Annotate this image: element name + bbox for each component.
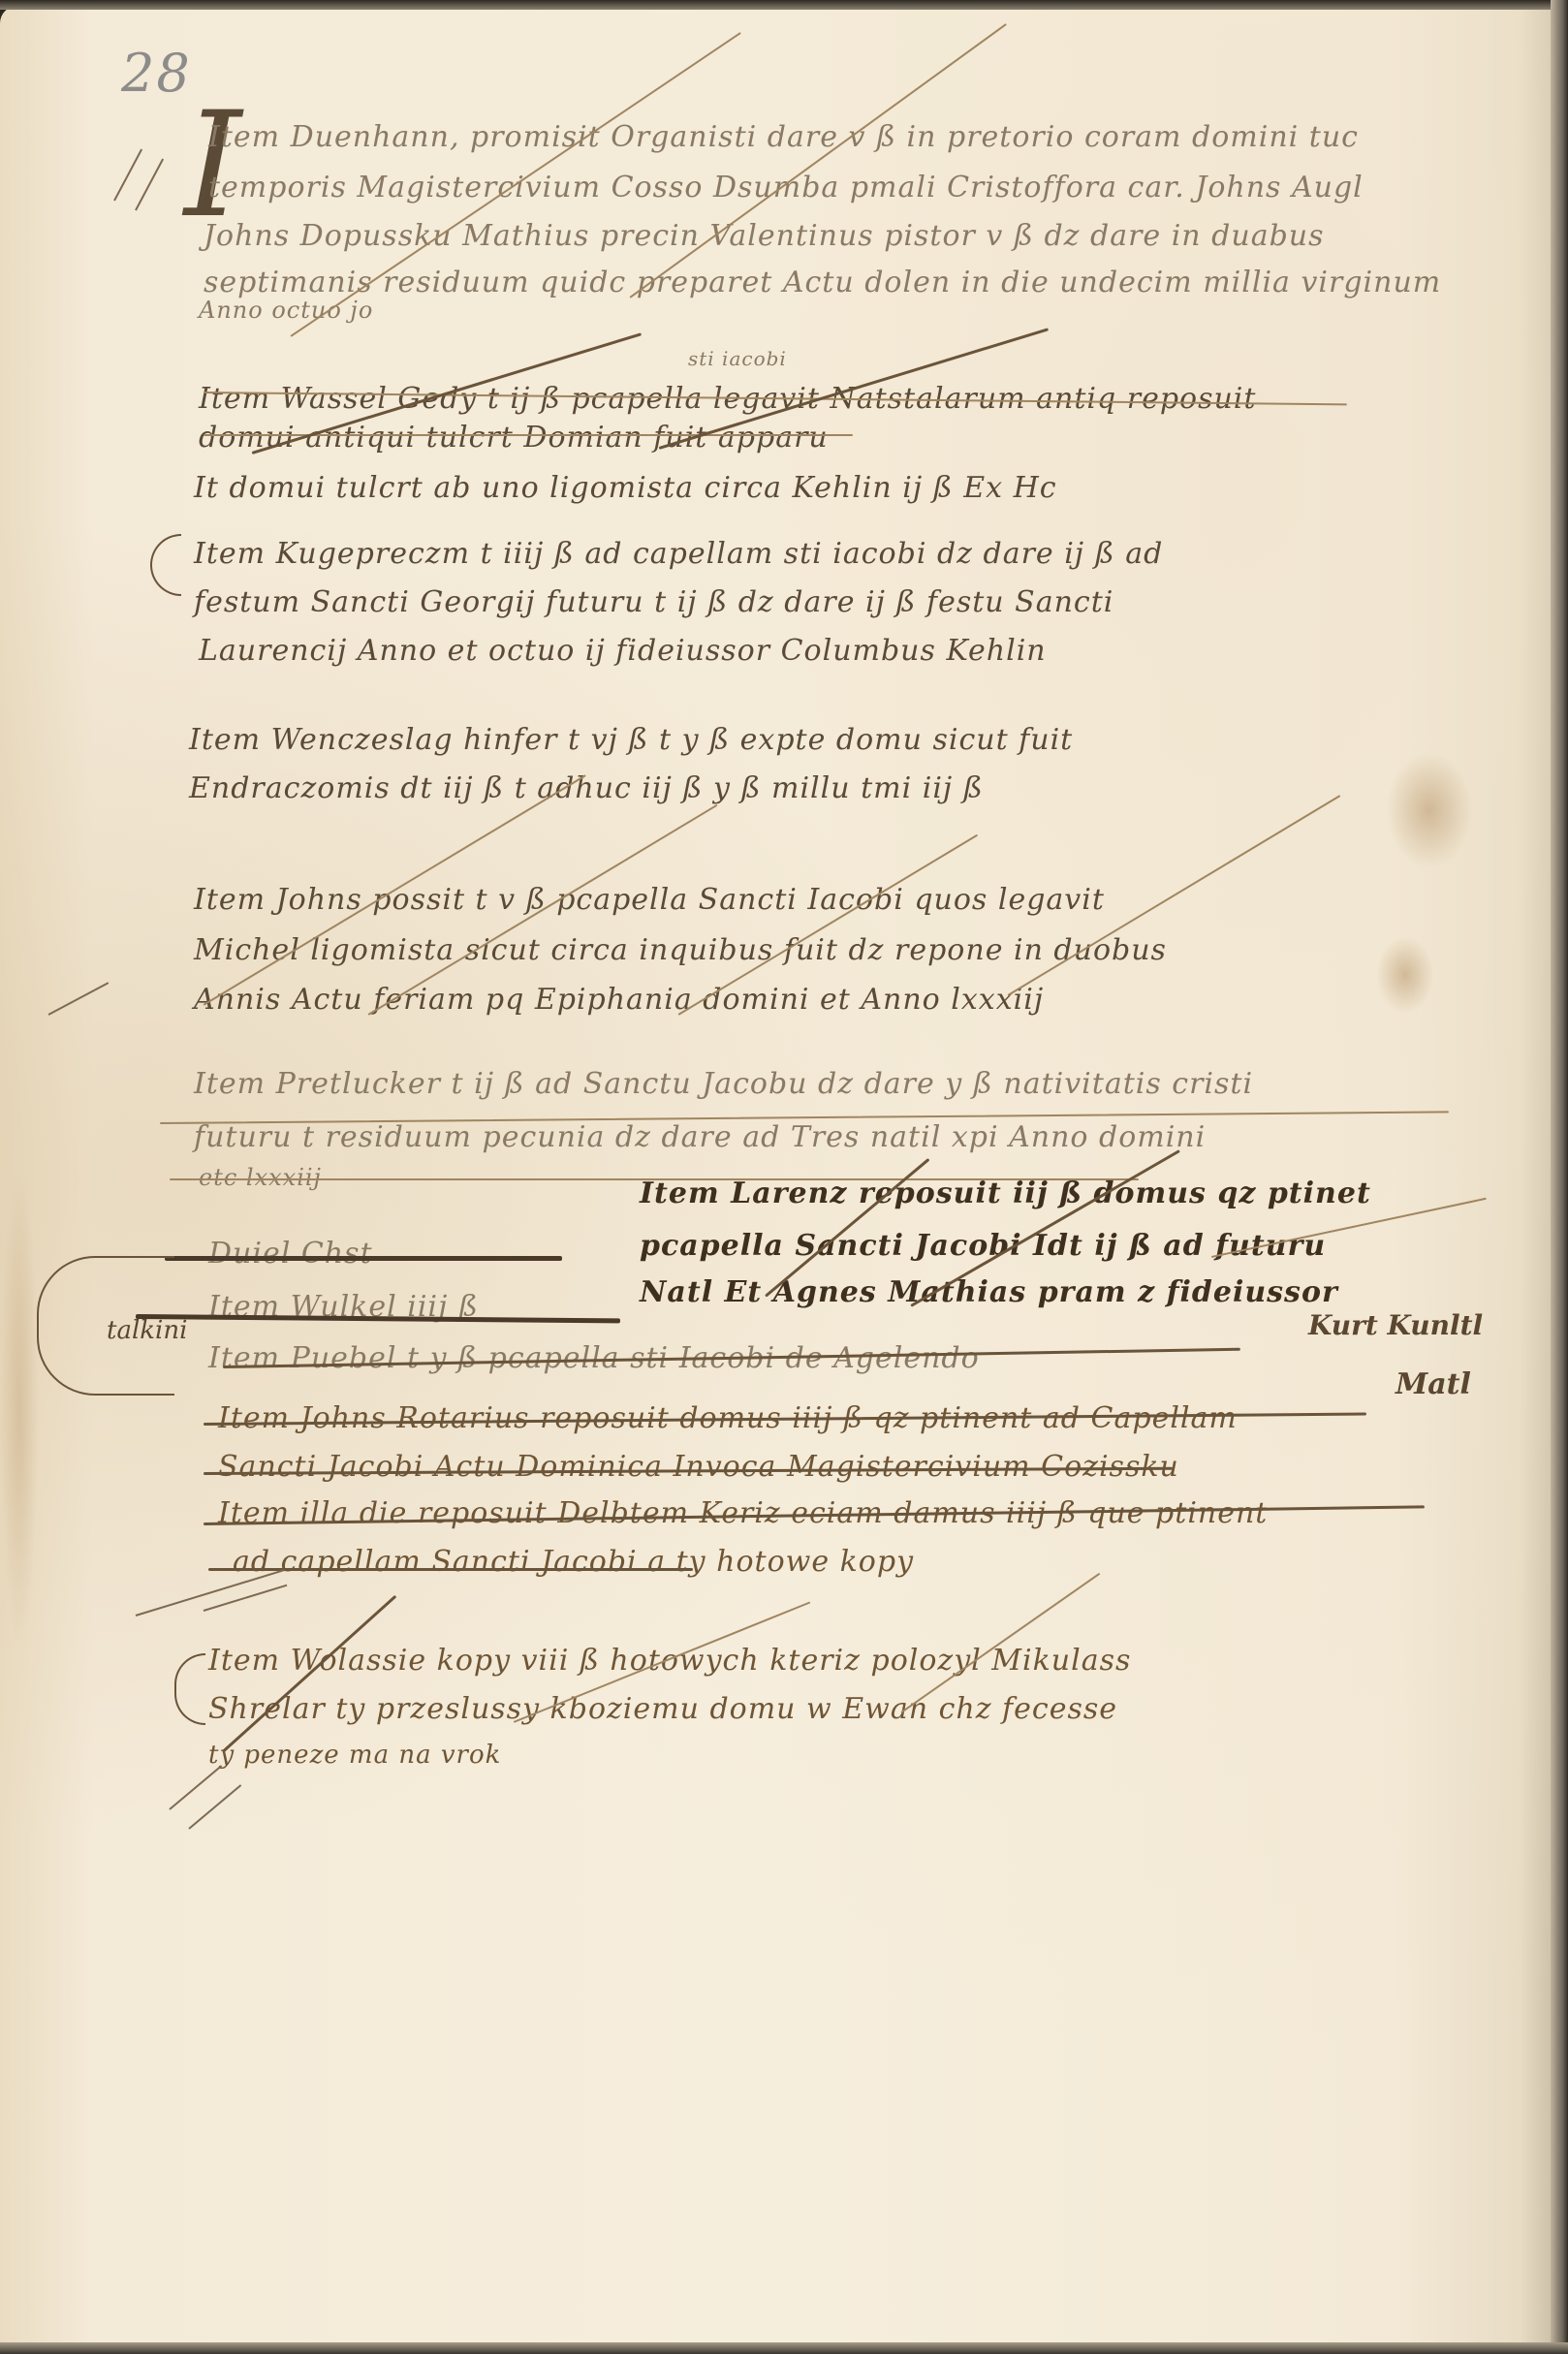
entry-line: Anno octuo jo bbox=[199, 297, 373, 324]
margin-note-right: Kurt Kunltl bbox=[1308, 1309, 1483, 1341]
entry-line: Duiel Chst bbox=[208, 1237, 373, 1271]
water-stain bbox=[1386, 752, 1473, 868]
water-stain bbox=[1376, 936, 1434, 1014]
page-edge-bottom bbox=[0, 2342, 1568, 2354]
entry-line: Laurencij Anno et octuo ij fideiussor Co… bbox=[199, 634, 1047, 668]
margin-note-right: Matl bbox=[1396, 1367, 1471, 1401]
entry-line: Annis Actu feriam pq Epiphania domini et… bbox=[194, 983, 1044, 1017]
entry-line: Michel ligomista sicut circa inquibus fu… bbox=[194, 933, 1167, 967]
entry-line: Item Duenhann, promisit Organisti dare v… bbox=[208, 120, 1359, 154]
entry-line: Endraczomis dt iij ß t adhuc iij ß y ß m… bbox=[189, 771, 984, 805]
entry-line: Johns Dopussku Mathius precin Valentinus… bbox=[204, 219, 1325, 253]
manuscript-page: 28 I Item Duenhann, promisit Organisti d… bbox=[0, 6, 1551, 2349]
page-edge-top bbox=[0, 0, 1568, 10]
entry-line: Item Wenczeslag hinfer t vj ß t y ß expt… bbox=[189, 723, 1073, 757]
entry-line: Sancti Jacobi Actu Dominica Invoca Magis… bbox=[218, 1450, 1179, 1484]
entry-line: futuru t residuum pecunia dz dare ad Tre… bbox=[194, 1120, 1206, 1154]
entry-line: etc lxxxiij bbox=[199, 1164, 322, 1191]
margin-tick bbox=[48, 982, 110, 1016]
entry-line: It domui tulcrt ab uno ligomista circa K… bbox=[194, 471, 1057, 505]
margin-tick bbox=[169, 1765, 222, 1810]
entry-line: Natl Et Agnes Mathias pram z fideiussor bbox=[640, 1275, 1338, 1309]
margin-tick bbox=[113, 149, 142, 202]
entry-line: pcapella Sancti Jacobi Idt ij ß ad futur… bbox=[640, 1229, 1326, 1263]
entry-line: Item illa die reposuit Delbtem Keriz eci… bbox=[218, 1496, 1268, 1530]
edge-stain bbox=[0, 1169, 39, 1653]
entry-line: Shrelar ty przeslussy kboziemu domu w Ew… bbox=[208, 1692, 1117, 1726]
entry-line: Item Pretlucker t ij ß ad Sanctu Jacobu … bbox=[194, 1067, 1253, 1101]
margin-tick bbox=[135, 159, 164, 211]
strike-through bbox=[165, 1256, 562, 1261]
page-edge-right bbox=[1551, 0, 1568, 2354]
margin-tick bbox=[188, 1784, 241, 1830]
superscript-note: sti iacobi bbox=[688, 347, 787, 370]
entry-line: Item Kugepreczm t iiij ß ad capellam sti… bbox=[194, 537, 1163, 571]
entry-line: festum Sancti Georgij futuru t ij ß dz d… bbox=[194, 585, 1113, 619]
entry-line: temporis Magistercivium Cosso Dsumba pma… bbox=[208, 171, 1364, 204]
entry-line: Item Johns possit t v ß pcapella Sancti … bbox=[194, 883, 1105, 917]
initial-I: I bbox=[184, 93, 241, 238]
entry-line: ty peneze ma na vrok bbox=[208, 1741, 501, 1770]
folio-number: 28 bbox=[121, 43, 192, 104]
margin-bracket bbox=[174, 1653, 205, 1725]
margin-tick bbox=[204, 1585, 288, 1612]
entry-line: ad capellam Sancti Jacobi a ty hotowe ko… bbox=[233, 1545, 914, 1579]
strike-through bbox=[629, 23, 1007, 298]
entry-line: Item Larenz reposuit iij ß domus qz ptin… bbox=[640, 1177, 1371, 1210]
margin-note-left: talkini bbox=[107, 1316, 187, 1345]
margin-bracket bbox=[150, 534, 181, 596]
